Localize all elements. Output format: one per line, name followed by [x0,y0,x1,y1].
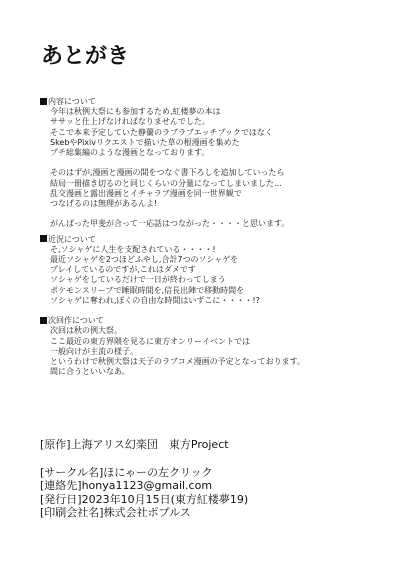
text-line: 最近ソシャゲを2つほどふやし,合計7つのソシャゲを [40,255,380,265]
text-line: ポケモンスリープで睡眠時間を,信長出陣で移動時間を [40,286,380,296]
square-bullet-icon [40,235,47,242]
section-heading: 近況について [40,235,380,245]
section-recent-news: 近況について そ,ソシャゲに人生を支配されている・・・・! 最近ソシャゲを2つほ… [40,235,380,306]
text-line: ソシャゲに奪われ,ぼくの自由な時間はいずこに・・・・!? [40,296,380,306]
square-bullet-icon [40,98,47,105]
credit-printer: [印刷会社名]株式会社ポプルス [40,506,248,520]
credit-original-work: [原作]上海アリス幻楽団 東方Project [40,438,248,452]
text-line: というわけで秋例大祭は天子のラブコメ漫画の予定となっております。 [40,357,380,367]
section-heading-label: 近況について [48,235,96,244]
text-line: そのはずが,漫画と漫画の間をつなぐ書下ろしを追加していったら [40,168,380,178]
text-line: SkebやPixivリクエストで描いた草の根漫画を集めた [40,138,380,148]
text-line: そこで本来予定していた静蘭のラブラブエッチブックではなく [40,128,380,138]
section-heading-label: 次回作について [48,316,104,325]
section-heading: 次回作について [40,316,380,326]
text-line: 次回は秋の例大祭。 [40,326,380,336]
text-line: 一般向けが主流の様子。 [40,347,380,357]
page-title: あとがき [41,44,129,70]
section-next-work: 次回作について 次回は秋の例大祭。 ここ最近の東方界隈を見るに東方オンリーイベン… [40,316,380,377]
section-heading: 内容について [40,97,380,107]
text-line: 今年は秋例大祭にも参加するため,紅楼夢の本は [40,107,380,117]
section-content: 内容について 今年は秋例大祭にも参加するため,紅楼夢の本は ササッと仕上げなけれ… [40,97,380,230]
text-line: ササッと仕上げなければなりませんでした。 [40,117,380,127]
text-line: ソシャゲをしているだけで一日が終わってしまう [40,275,380,285]
square-bullet-icon [40,317,47,324]
colophon: [原作]上海アリス幻楽団 東方Project [サークル名]ほにゃーの左クリック… [40,438,248,520]
text-line: プレイしているのですが,これはダメです [40,265,380,275]
text-line: 結局一冊描き切るのと同じくらいの分量になってしまいました… [40,179,380,189]
text-line: がんばった甲斐が合って一応話はつながった・・・・と思います。 [40,219,380,229]
credit-circle-name: [サークル名]ほにゃーの左クリック [40,466,248,480]
text-line: つなげるのは無理があるんよ! [40,199,380,209]
section-heading-label: 内容について [48,97,96,106]
text-line: 乱交漫画と露出漫画とイチャラブ漫画を同一世界観で [40,189,380,199]
text-line: そ,ソシャゲに人生を支配されている・・・・! [40,245,380,255]
afterword-body: 内容について 今年は秋例大祭にも参加するため,紅楼夢の本は ササッと仕上げなけれ… [40,97,380,377]
text-line: ここ最近の東方界隈を見るに東方オンリーイベントでは [40,337,380,347]
text-line: プチ総集編のような漫画となっております。 [40,148,380,158]
text-line: 間に合うといいなあ。 [40,367,380,377]
credit-contact: [連絡先]honya1123@gmail.com [40,479,248,493]
credit-publish-date: [発行日]2023年10月15日(東方紅楼夢19) [40,493,248,507]
